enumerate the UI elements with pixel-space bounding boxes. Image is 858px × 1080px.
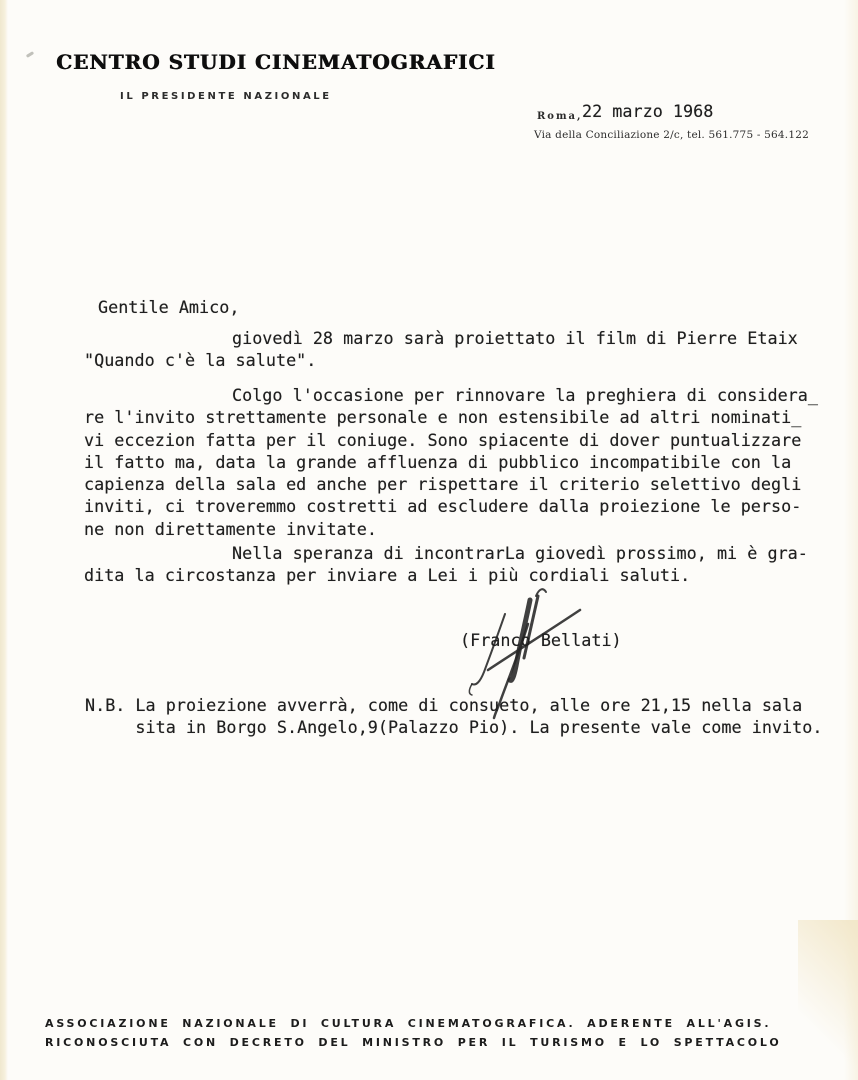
footer-line-1: ASSOCIAZIONE NAZIONALE DI CULTURA CINEMA…: [45, 1015, 782, 1034]
paragraph-2: Colgo l'occasione per rinnovare la pregh…: [84, 384, 832, 540]
nota-bene: N.B. La proiezione avverrà, come di cons…: [85, 694, 825, 739]
org-name: CENTRO STUDI CINEMATOGRAFICI: [56, 50, 495, 74]
scan-speck: [26, 51, 34, 58]
footer: ASSOCIAZIONE NAZIONALE DI CULTURA CINEMA…: [45, 1015, 782, 1052]
salutation: Gentile Amico,: [98, 296, 239, 318]
org-subtitle: IL PRESIDENTE NAZIONALE: [120, 91, 332, 102]
paragraph-1: giovedì 28 marzo sarà proiettato il film…: [84, 327, 824, 372]
nb-label: N.B.: [85, 694, 125, 739]
city-label: Roma,: [537, 111, 583, 122]
scan-edge-left: [0, 0, 8, 1080]
typed-date: 22 marzo 1968: [582, 100, 713, 122]
scan-edge-right: [844, 0, 858, 1080]
paragraph-3: Nella speranza di incontrarLa giovedì pr…: [84, 542, 824, 587]
typed-signature: (Franco Bellati): [460, 629, 622, 651]
scan-edge-bottom-right: [798, 920, 858, 1080]
nb-text: La proiezione avverrà, come di consueto,…: [135, 694, 825, 739]
footer-line-2: RICONOSCIUTA CON DECRETO DEL MINISTRO PE…: [45, 1034, 782, 1053]
address-line: Via della Conciliazione 2/c, tel. 561.77…: [534, 129, 809, 141]
scanned-letter-page: CENTRO STUDI CINEMATOGRAFICI IL PRESIDEN…: [0, 0, 858, 1080]
